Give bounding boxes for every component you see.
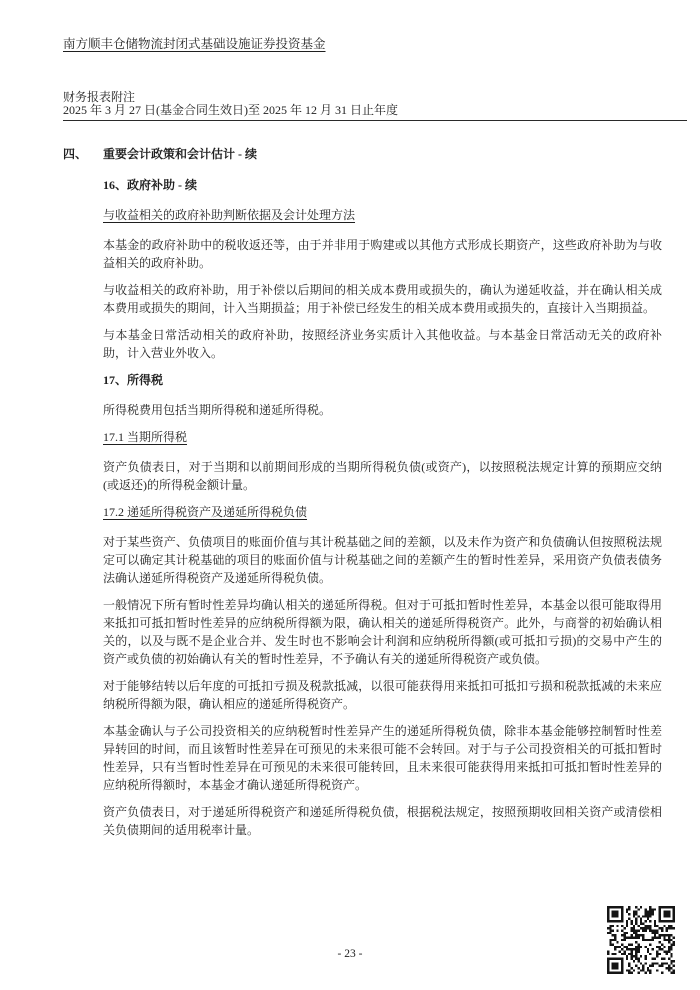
block-para: 资产负债表日，对于递延所得税资产和递延所得税负债，根据税法规定，按照预期收回相关… <box>103 803 662 839</box>
block-para: 本基金的政府补助中的税收返还等，由于并非用于购建或以其他方式形成长期资产，这些政… <box>103 236 662 272</box>
document-page: 南方顺丰仓储物流封闭式基础设施证券投资基金 财务报表附注 2025 年 3 月 … <box>0 0 700 990</box>
block-para: 对于某些资产、负债项目的账面价值与其计税基础之间的差额，以及未作为资产和负债确认… <box>103 533 662 587</box>
content-blocks: 16、政府补助 - 续与收益相关的政府补助判断依据及会计处理方法本基金的政府补助… <box>103 176 662 839</box>
section-heading: 四、重要会计政策和会计估计 - 续 <box>63 145 662 163</box>
section-title: 重要会计政策和会计估计 - 续 <box>103 147 257 161</box>
report-period-rule: 2025 年 3 月 27 日(基金合同生效日)至 2025 年 12 月 31… <box>63 103 687 121</box>
block-para: 本基金确认与子公司投资相关的应纳税暂时性差异产生的递延所得税负债，除非本基金能够… <box>103 722 662 794</box>
block-para: 与本基金日常活动相关的政府补助，按照经济业务实质计入其他收益。与本基金日常活动无… <box>103 326 662 362</box>
section-number: 四、 <box>63 145 103 163</box>
block-heading: 16、政府补助 - 续 <box>103 176 662 194</box>
block-para: 所得税费用包括当期所得税和递延所得税。 <box>103 401 662 419</box>
fund-name-title: 南方顺丰仓储物流封闭式基础设施证券投资基金 <box>63 36 326 52</box>
report-period-text: 2025 年 3 月 27 日(基金合同生效日)至 2025 年 12 月 31… <box>63 103 398 117</box>
block-heading: 17、所得税 <box>103 371 662 389</box>
block-para: 资产负债表日，对于当期和以前期间形成的当期所得税负债(或资产)，以按照税法规定计… <box>103 458 662 494</box>
block-para: 与收益相关的政府补助，用于补偿以后期间的相关成本费用或损失的，确认为递延收益，并… <box>103 281 662 317</box>
block-para: 一般情况下所有暂时性差异均确认相关的递延所得税。但对于可抵扣暂时性差异，本基金以… <box>103 596 662 668</box>
page-number: - 23 - <box>0 948 700 960</box>
block-subhead: 17.2 递延所得税资产及递延所得税负债 <box>103 503 662 521</box>
document-body: 四、重要会计政策和会计估计 - 续 16、政府补助 - 续与收益相关的政府补助判… <box>63 145 662 848</box>
block-subhead: 17.1 当期所得税 <box>103 428 662 446</box>
block-subhead: 与收益相关的政府补助判断依据及会计处理方法 <box>103 206 662 224</box>
qr-code <box>607 906 675 974</box>
block-para: 对于能够结转以后年度的可抵扣亏损及税款抵减，以很可能获得用来抵扣可抵扣亏损和税款… <box>103 677 662 713</box>
